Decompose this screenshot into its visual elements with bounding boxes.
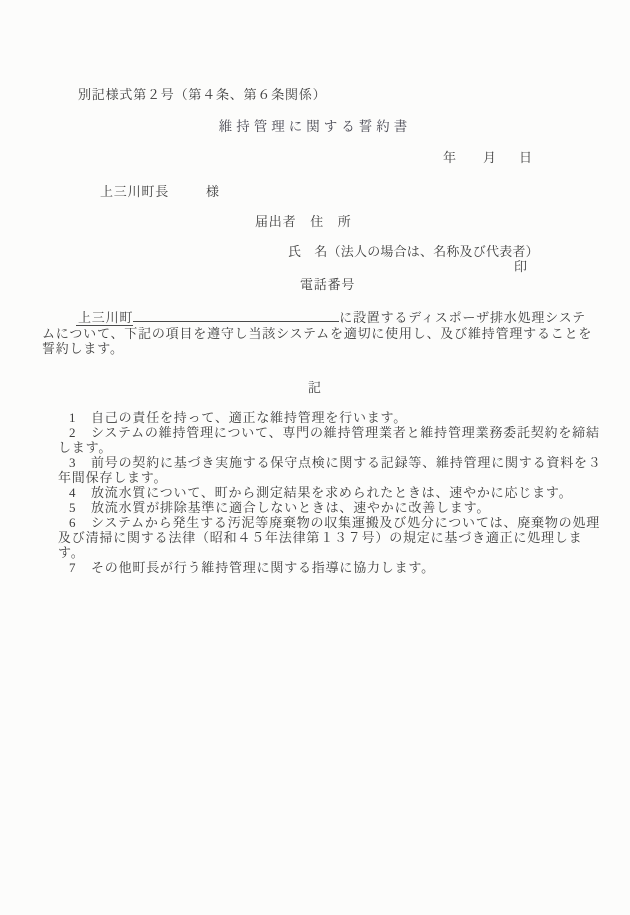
pledge-paragraph-line-2: ムについて、下記の項目を遵守し当該システムを適切に使用し、及び維持管理することを	[42, 326, 594, 342]
list-heading: 記	[0, 377, 630, 396]
pledge-item-7: 7その他町長が行う維持管理に関する指導に協力します。	[58, 560, 603, 575]
pledge-item-5: 5放流水質が排除基準に適合しないときは、速やかに改善します。	[58, 500, 603, 515]
pledge-item-6: 6システムから発生する汚泥等廃棄物の収集運搬及び処分については、廃棄物の処理	[58, 515, 603, 530]
item-number: 1	[69, 410, 91, 425]
addressee-name: 上三川町長	[100, 181, 169, 200]
pledge-list: 1自己の責任を持って、適正な維持管理を行います。 2システムの維持管理について、…	[58, 410, 603, 575]
pledge-item-2-continuation: します。	[58, 440, 603, 455]
declarant-name-label: 氏 名（法人の場合は、名称及び代表者）	[288, 241, 539, 260]
item-number: 6	[69, 515, 91, 530]
item-text: 放流水質について、町から測定結果を求められたときは、速やかに応じます。	[91, 485, 572, 500]
seal-label: 印	[514, 256, 528, 275]
pledge-item-4: 4放流水質について、町から測定結果を求められたときは、速やかに応じます。	[58, 485, 603, 500]
document-title: 維持管理に関する誓約書	[0, 115, 630, 135]
item-number: 5	[69, 500, 91, 515]
pledge-item-6-continuation-1: 及び清掃に関する法律（昭和４５年法律第１３７号）の規定に基づき適正に処理しま	[58, 530, 603, 545]
form-number: 別記様式第２号（第４条、第６条関係）	[78, 84, 326, 103]
pledge-item-3-continuation: 年間保存します。	[58, 470, 603, 485]
pledge-item-2: 2システムの維持管理について、専門の維持管理業者と維持管理業務委託契約を締結	[58, 425, 603, 440]
addressee-honorific: 様	[206, 181, 220, 200]
item-text: システムの維持管理について、専門の維持管理業者と維持管理業務委託契約を締結	[91, 425, 600, 440]
pledge-item-6-continuation-2: す。	[58, 545, 603, 560]
pledge-paragraph-line-3: 誓約します。	[42, 341, 594, 357]
item-number: 3	[69, 455, 91, 470]
declarant-address-label: 届出者 住 所	[255, 211, 352, 230]
pledge-item-1: 1自己の責任を持って、適正な維持管理を行います。	[58, 410, 603, 425]
date-year-label: 年	[443, 147, 457, 166]
name-fill-blank-underline	[133, 310, 339, 322]
pledge-paragraph: 上三川町に設置するディスポーザ排水処理システ ムについて、下記の項目を遵守し当該…	[42, 310, 594, 357]
phone-label: 電話番号	[300, 274, 355, 293]
pledge-paragraph-line-1: 上三川町に設置するディスポーザ排水処理システ	[42, 310, 594, 326]
item-number: 4	[69, 485, 91, 500]
installer-town-name-underlined: 上三川町	[76, 310, 133, 326]
document-page: 別記様式第２号（第４条、第６条関係） 維持管理に関する誓約書 年 月 日 上三川…	[0, 0, 630, 915]
item-text: 自己の責任を持って、適正な維持管理を行います。	[91, 410, 407, 425]
item-text: その他町長が行う維持管理に関する指導に協力します。	[91, 560, 435, 575]
item-text: 放流水質が排除基準に適合しないときは、速やかに改善します。	[91, 500, 490, 515]
pledge-item-3: 3前号の契約に基づき実施する保守点検に関する記録等、維持管理に関する資料を３	[58, 455, 603, 470]
item-text: システムから発生する汚泥等廃棄物の収集運搬及び処分については、廃棄物の処理	[91, 515, 600, 530]
date-day-label: 日	[519, 147, 533, 166]
item-number: 2	[69, 425, 91, 440]
date-month-label: 月	[483, 147, 497, 166]
item-text: 前号の契約に基づき実施する保守点検に関する記録等、維持管理に関する資料を３	[91, 455, 602, 470]
pledge-paragraph-line-1-rest: に設置するディスポーザ排水処理システ	[339, 310, 586, 325]
item-number: 7	[69, 560, 91, 575]
